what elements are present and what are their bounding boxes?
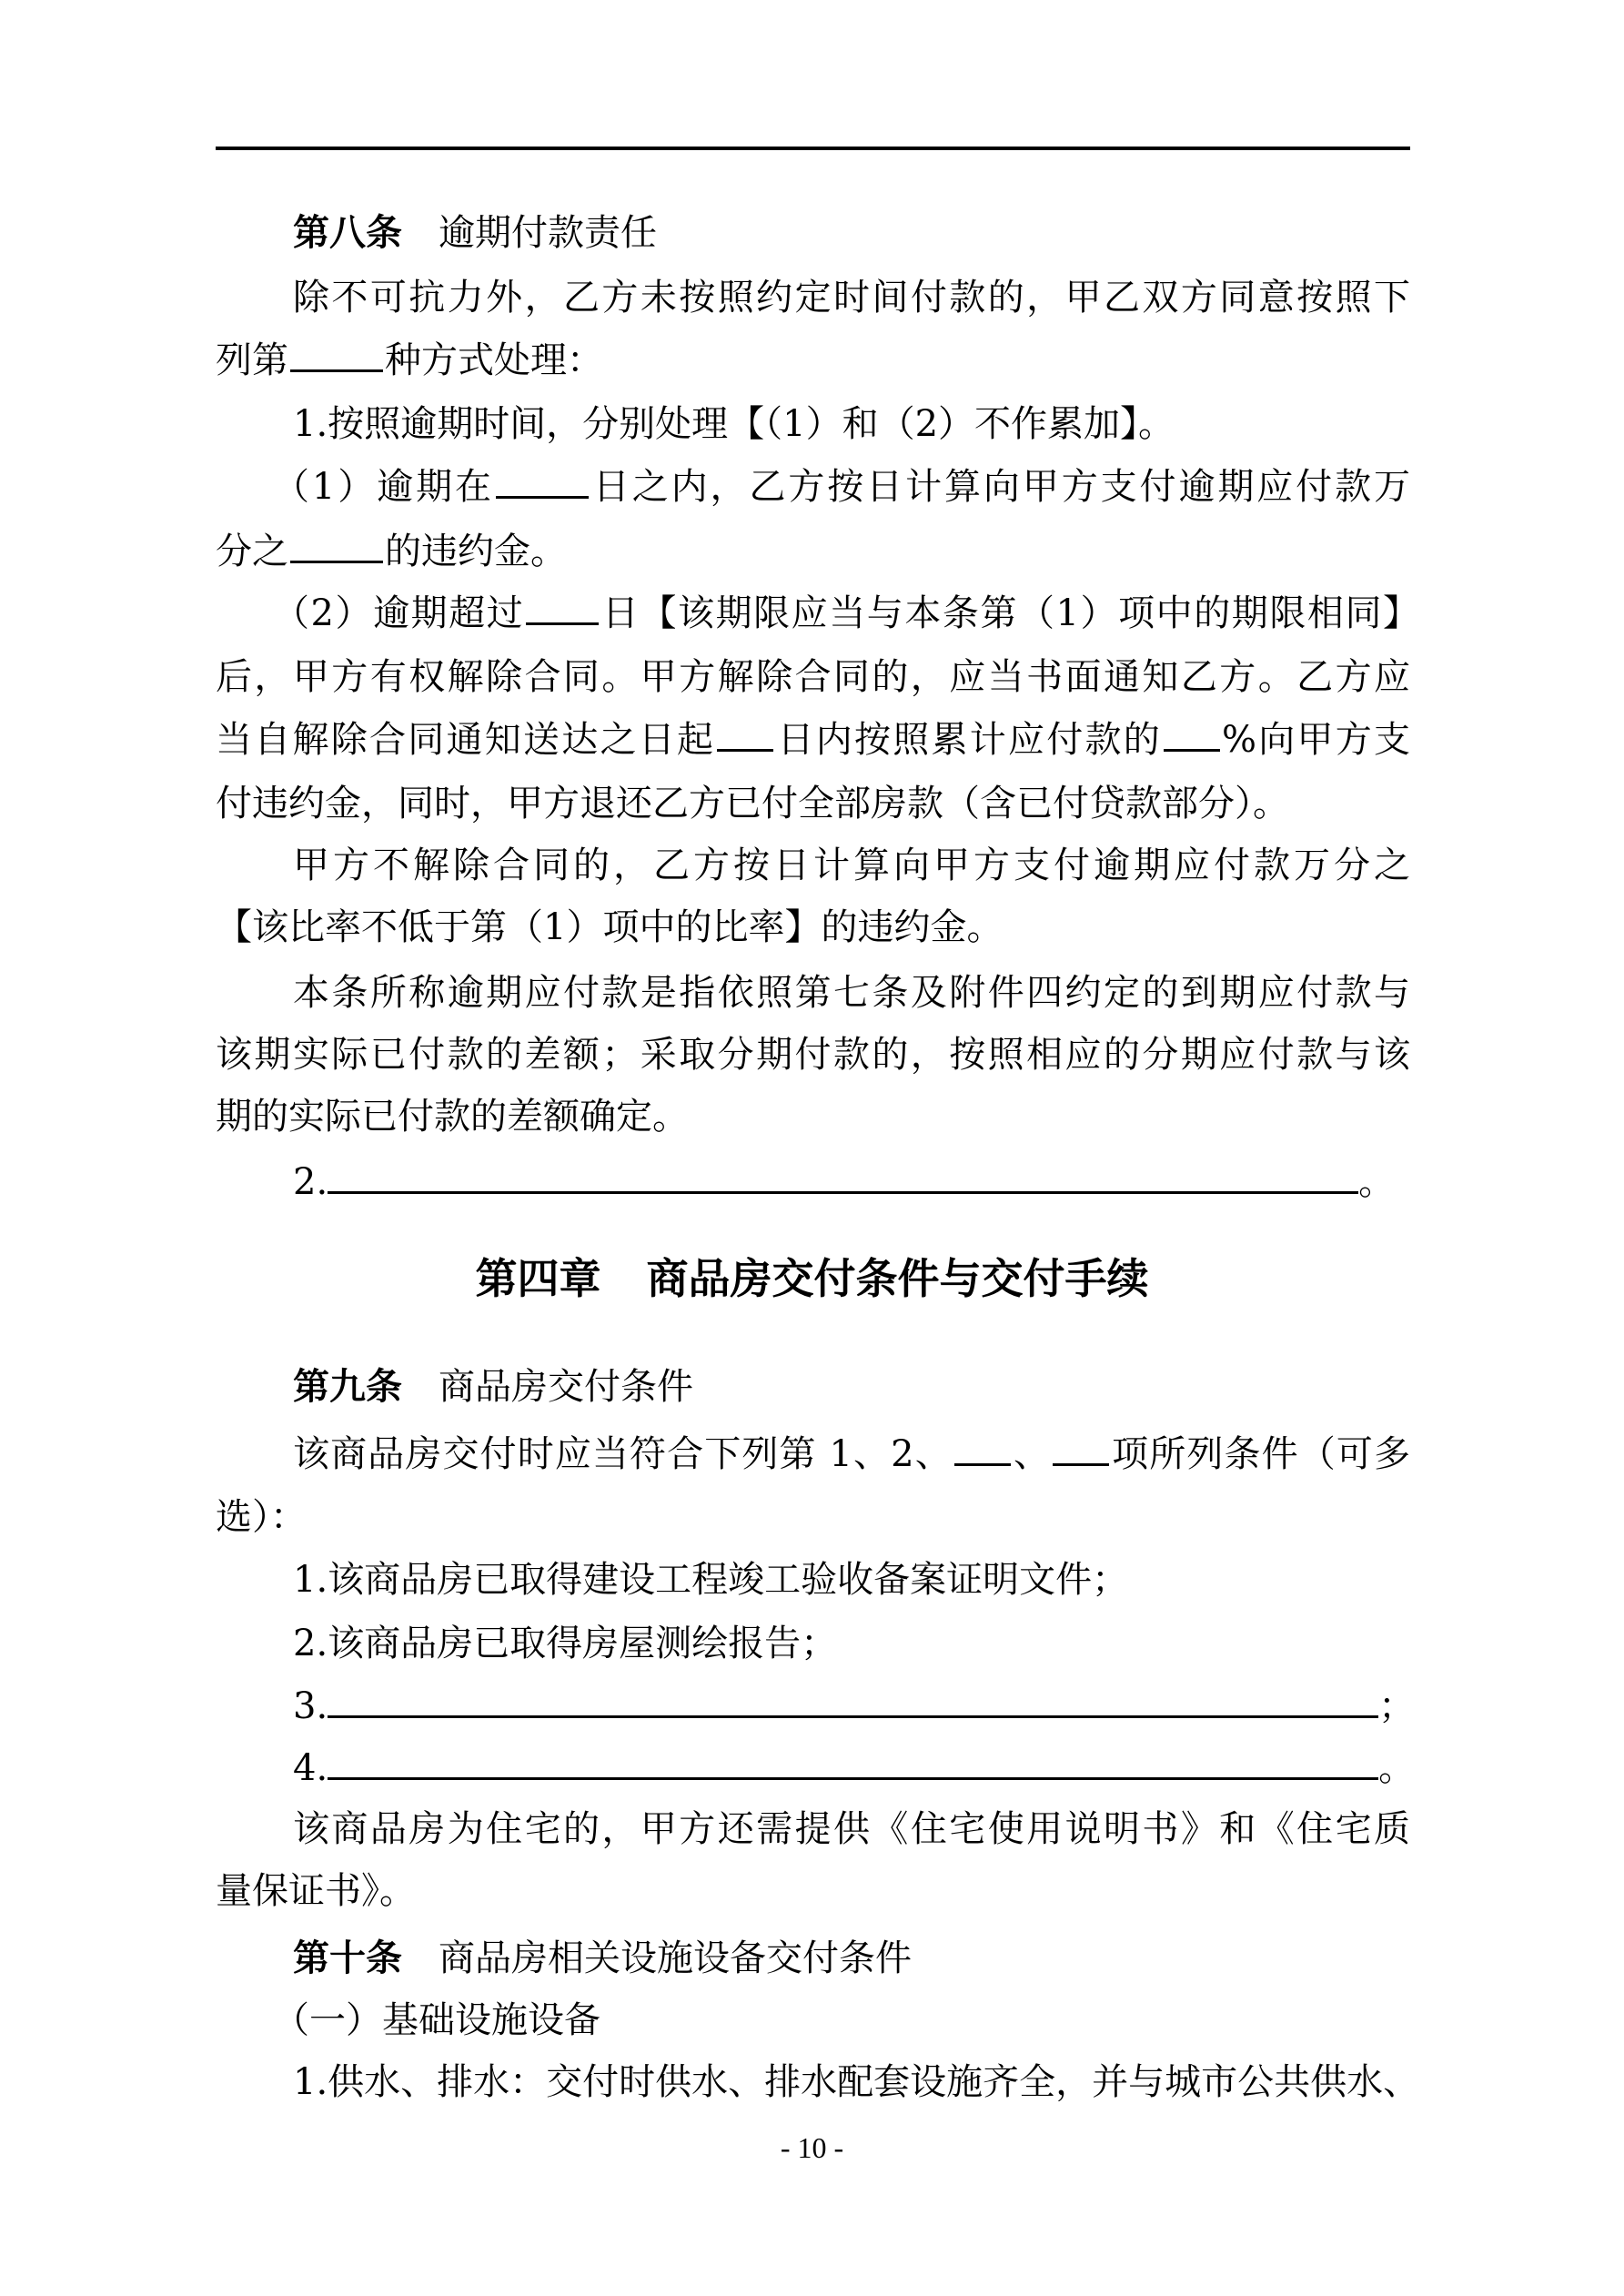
list-item: 1.按照逾期时间，分别处理【（1）和（2）不作累加】。 [293,392,1175,456]
fill-blank[interactable] [1053,1421,1109,1466]
paragraph-line: 该期实际已付款的差额；采取分期付款的，按照相应的分期应付款与该 [216,1023,1410,1087]
list-item: 1.供水、排水：交付时供水、排水配套设施齐全，并与城市公共供水、 [293,2050,1410,2114]
chapter-title: 商品房交付条件与交付手续 [647,1254,1149,1303]
paragraph-line: 甲方不解除合同的，乙方按日计算向甲方支付逾期应付款万分之 [293,834,1410,897]
fill-blank[interactable] [717,707,773,752]
text-span: （1）逾期在 [273,466,494,508]
list-item: 2.该商品房已取得房屋测绘报告； [293,1612,837,1675]
paragraph-line: 【该比率不低于第（1）项中的比率】的违约金。 [216,895,1003,959]
text-span: 3. [293,1685,328,1727]
fill-blank[interactable] [1164,707,1220,752]
text-span: 列第 [216,339,288,381]
text-span: 2. [293,1161,328,1203]
fill-blank[interactable] [290,519,383,563]
text-span: 。 [1358,1161,1395,1203]
paragraph-line: （2）逾期超过日【该期限应当与本条第（1）项中的期限相同】 [273,581,1419,644]
chapter-heading: 第四章商品房交付条件与交付手续 [0,1247,1624,1310]
paragraph-line: 选）： [216,1485,307,1549]
article10-heading: 第十条商品房相关设施设备交付条件 [293,1927,912,1990]
article-title: 商品房交付条件 [439,1366,693,1408]
fill-blank[interactable] [526,581,599,625]
text-span: %向甲方支 [1222,719,1410,761]
paragraph-line: 当自解除合同通知送达之日起日内按照累计应付款的%向甲方支 [216,707,1410,771]
paragraph-line: 付违约金，同时，甲方退还乙方已付全部房款（含已付贷款部分）。 [216,772,1289,835]
list-item: 3.； [293,1674,1415,1737]
fill-blank[interactable] [328,1149,1358,1194]
article-number: 第十条 [293,1937,402,1979]
text-span: ； [1378,1685,1415,1727]
article8-heading: 第八条逾期付款责任 [293,201,657,265]
text-span: 种方式处理： [385,339,603,381]
text-span: 日之内，乙方按日计算向甲方支付逾期应付款万 [590,466,1410,508]
text-span: 分之 [216,531,288,572]
article-number: 第八条 [293,212,402,254]
chapter-number: 第四章 [476,1254,601,1303]
text-span: 、 [1013,1433,1051,1475]
text-span: 日【该期限应当与本条第（1）项中的期限相同】 [600,592,1419,634]
article-title: 逾期付款责任 [439,212,657,254]
text-span: 。 [1378,1747,1415,1789]
article9-heading: 第九条商品房交付条件 [293,1355,693,1419]
text-span: 4. [293,1747,328,1789]
text-span: 项所列条件（可多 [1111,1433,1410,1475]
list-item: 4.。 [293,1735,1415,1799]
paragraph-line: 除不可抗力外，乙方未按照约定时间付款的，甲乙双方同意按照下 [293,266,1410,329]
fill-blank[interactable] [328,1735,1378,1780]
paragraph-line: 分之的违约金。 [216,519,567,582]
paragraph-line: 本条所称逾期应付款是指依照第七条及附件四约定的到期应付款与 [293,961,1410,1025]
document-page: 第八条逾期付款责任 除不可抗力外，乙方未按照约定时间付款的，甲乙双方同意按照下 … [0,0,1624,2296]
list-item: 2.。 [293,1149,1395,1213]
article-number: 第九条 [293,1366,402,1408]
paragraph-line: 后，甲方有权解除合同。甲方解除合同的，应当书面通知乙方。乙方应 [216,645,1410,709]
page-number: - 10 - [0,2129,1624,2166]
paragraph-line: 该商品房交付时应当符合下列第 1、2、、项所列条件（可多 [293,1421,1410,1485]
article-title: 商品房相关设施设备交付条件 [439,1937,912,1979]
fill-blank[interactable] [954,1421,1011,1466]
paragraph-line: 量保证书》。 [216,1859,416,1923]
paragraph-line: 该商品房为住宅的，甲方还需提供《住宅使用说明书》和《住宅质 [293,1797,1410,1861]
text-span: 该商品房交付时应当符合下列第 1、2、 [293,1433,953,1475]
paragraph-line: （1）逾期在日之内，乙方按日计算向甲方支付逾期应付款万 [273,454,1410,518]
paragraph-line: 列第种方式处理： [216,328,603,391]
section-heading: （一）基础设施设备 [273,1988,600,2052]
text-span: 日内按照累计应付款的 [775,719,1162,761]
fill-blank[interactable] [496,454,589,499]
text-span: （2）逾期超过 [273,592,524,634]
text-span: 当自解除合同通知送达之日起 [216,719,715,761]
header-rule [216,147,1410,150]
list-item: 1.该商品房已取得建设工程竣工验收备案证明文件； [293,1548,1128,1612]
fill-blank[interactable] [328,1674,1378,1718]
fill-blank[interactable] [290,328,383,372]
text-span: 的违约金。 [385,531,567,572]
paragraph-line: 期的实际已付款的差额确定。 [216,1085,689,1148]
